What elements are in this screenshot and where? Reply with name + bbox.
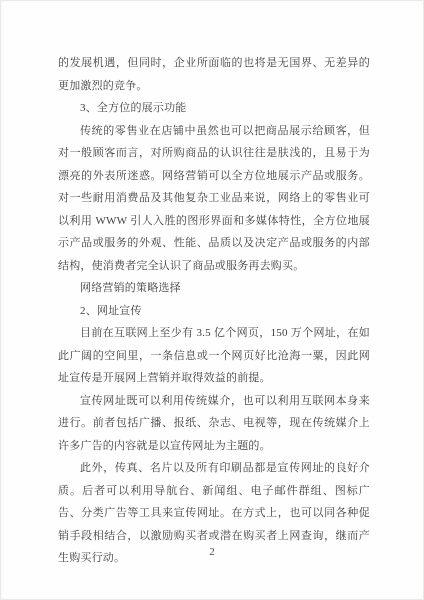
paragraph-url-promotion: 目前在互联网上至少有 3.5 亿个网页，150 万个网址，在如此广阔的空间里，一… (58, 322, 370, 390)
list-heading-display-function: 3、全方位的展示功能 (58, 97, 370, 120)
list-heading-url-promotion: 2、网址宣传 (58, 300, 370, 323)
section-heading-strategy: 网络营销的策略选择 (58, 277, 370, 300)
document-page: 的发展机遇，但同时，企业所面临的也将是无国界、无差异的更加激烈的竞争。 3、全方… (0, 0, 424, 600)
paragraph-media-channels: 宣传网址既可以利用传统媒介，也可以利用互联网本身来进行。前者包括广播、报纸、杂志… (58, 390, 370, 458)
page-text-block: 的发展机遇，但同时，企业所面临的也将是无国界、无差异的更加激烈的竞争。 3、全方… (58, 52, 370, 570)
paragraph-continuation: 的发展机遇，但同时，企业所面临的也将是无国界、无差异的更加激烈的竞争。 (58, 52, 370, 97)
paragraph-display-function: 传统的零售业在店铺中虽然也可以把商品展示给顾客，但对一般顾客而言，对所购商品的认… (58, 120, 370, 278)
page-number: 2 (0, 546, 424, 558)
